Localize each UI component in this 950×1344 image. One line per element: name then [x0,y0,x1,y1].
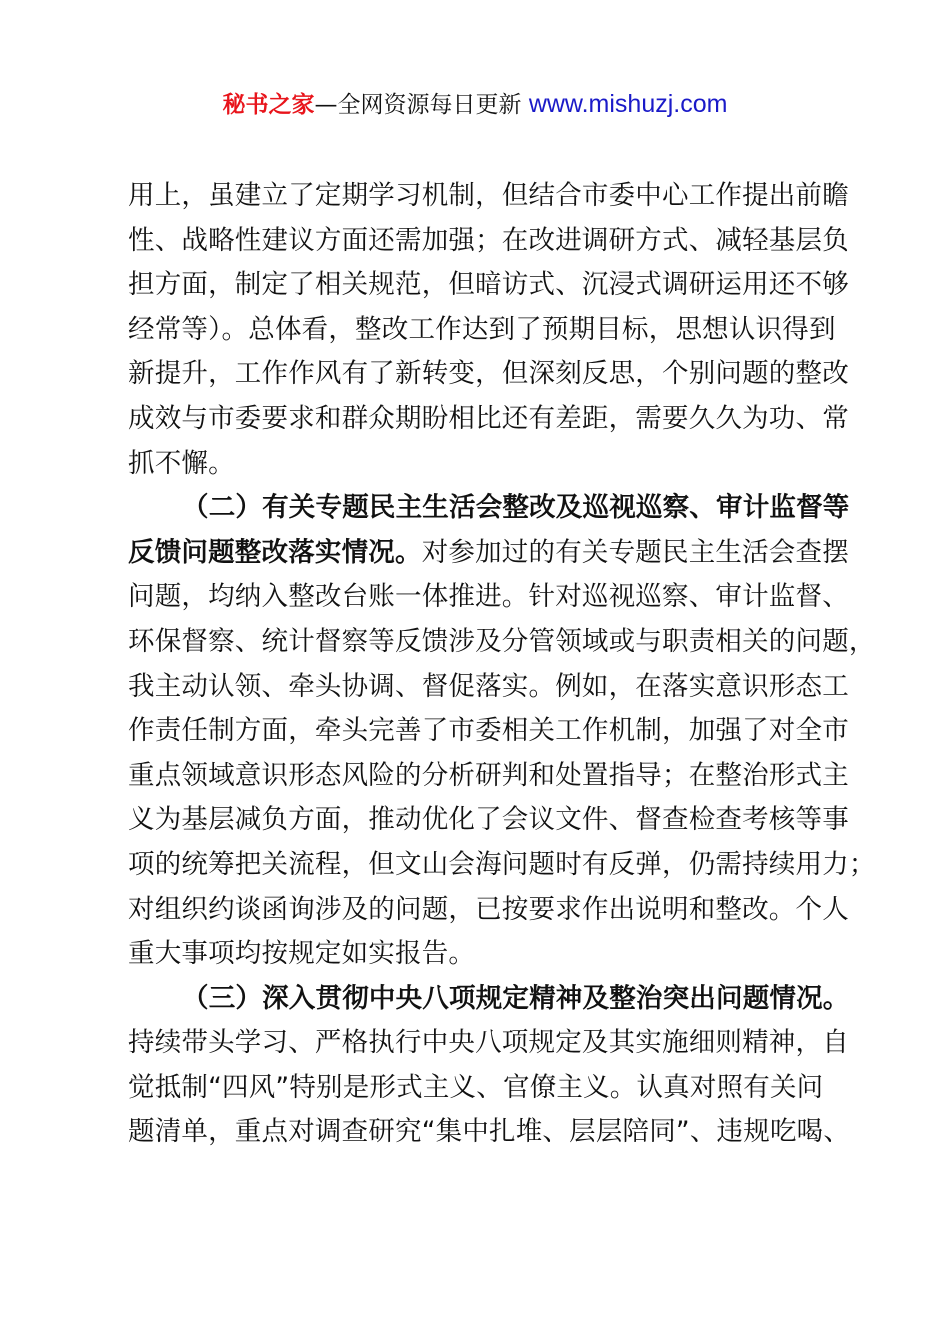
text-line: 重大事项均按规定如实报告。 [128,932,858,977]
text-line: 题清单，重点对调查研究“集中扎堆、层层陪同”、违规吃喝、 [128,1110,858,1155]
text-line: 性、战略性建议方面还需加强；在改进调研方式、减轻基层负 [128,219,858,264]
text-line: 新提升，工作作风有了新转变，但深刻反思，个别问题的整改 [128,352,858,397]
text-line: 成效与市委要求和群众期盼相比还有差距，需要久久为功、常 [128,397,858,442]
text-line: 问题，均纳入整改台账一体推进。针对巡视巡察、审计监督、 [128,575,858,620]
text-line: 对组织约谈函询涉及的问题，已按要求作出说明和整改。个人 [128,888,858,933]
text-line: 重点领域意识形态风险的分析研判和处置指导；在整治形式主 [128,754,858,799]
section-2-heading-continued: 反馈问题整改落实情况。 [128,537,422,568]
section-3-paragraph: （三）深入贯彻中央八项规定精神及整治突出问题情况。 持续带头学习、严格执行中央八… [128,977,858,1155]
text-line: 持续带头学习、严格执行中央八项规定及其实施细则精神，自 [128,1021,858,1066]
text-line: 反馈问题整改落实情况。对参加过的有关专题民主生活会查摆 [128,531,858,576]
text-line: 经常等）。总体看，整改工作达到了预期目标，思想认识得到 [128,308,858,353]
text-line: 义为基层减负方面，推动优化了会议文件、督查检查考核等事 [128,798,858,843]
section-2-text-start: 对参加过的有关专题民主生活会查摆 [422,537,849,568]
page-header: 秘书之家—全网资源每日更新 www.mishuzj.com [0,86,950,123]
paragraph-summary: 用上，虽建立了定期学习机制，但结合市委中心工作提出前瞻 性、战略性建议方面还需加… [128,174,858,486]
section-2-heading: （二）有关专题民主生活会整改及巡视巡察、审计监督等 [128,486,858,531]
section-2-paragraph: （二）有关专题民主生活会整改及巡视巡察、审计监督等 反馈问题整改落实情况。对参加… [128,486,858,977]
site-brand: 秘书之家 [223,92,315,118]
text-line: 抓不懈。 [128,442,858,487]
section-3-heading: （三）深入贯彻中央八项规定精神及整治突出问题情况。 [128,977,858,1022]
text-line: 环保督察、统计督察等反馈涉及分管领域或与职责相关的问题， [128,620,858,665]
site-tagline: —全网资源每日更新 [315,92,529,118]
text-line: 用上，虽建立了定期学习机制，但结合市委中心工作提出前瞻 [128,174,858,219]
text-line: 担方面，制定了相关规范，但暗访式、沉浸式调研运用还不够 [128,263,858,308]
document-body: 用上，虽建立了定期学习机制，但结合市委中心工作提出前瞻 性、战略性建议方面还需加… [128,174,858,1155]
text-line: 我主动认领、牵头协调、督促落实。例如，在落实意识形态工 [128,665,858,710]
text-line: 作责任制方面，牵头完善了市委相关工作机制，加强了对全市 [128,709,858,754]
site-url-link[interactable]: www.mishuzj.com [529,90,728,118]
text-line: 觉抵制“四风”特别是形式主义、官僚主义。认真对照有关问 [128,1066,858,1111]
text-line: 项的统筹把关流程，但文山会海问题时有反弹，仍需持续用力； [128,843,858,888]
